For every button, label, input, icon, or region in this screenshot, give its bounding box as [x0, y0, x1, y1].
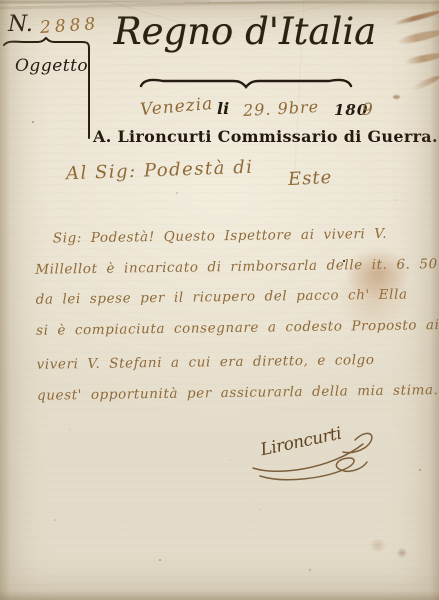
dateline-li: li	[217, 99, 229, 118]
reference-number-label: N.	[8, 12, 33, 37]
paper-crease	[0, 0, 439, 10]
paper-stain	[396, 548, 408, 558]
ink-smudge	[411, 74, 439, 92]
letter-body: Sig: Podestà! Questo Ispettore ai viveri…	[35, 225, 430, 417]
letter-page: N. 2888 Oggetto Regno d'Italia Venezia l…	[0, 0, 439, 600]
paper-crease	[0, 0, 439, 3]
dateline-year-digit: 9	[362, 100, 373, 120]
reference-number-rule	[2, 36, 94, 140]
recipient-place: Este	[287, 167, 332, 190]
dateline-place: Venezia	[139, 94, 214, 120]
ink-smudge	[397, 28, 439, 46]
ink-smudge	[404, 51, 439, 66]
oggetto-label: Oggetto	[15, 56, 88, 76]
body-line: viveri V. Stefani a cui era diretto, e c…	[36, 347, 428, 387]
paper-crease	[0, 0, 439, 3]
ink-smudge	[393, 95, 400, 99]
recipient-prefix: Al Sig: Podestà di	[66, 157, 254, 185]
sender-line: A. Lironcurti Commissario di Guerra.	[93, 127, 393, 146]
paper-crease	[0, 0, 439, 4]
paper-stain	[368, 539, 388, 552]
body-line: quest' opportunità per assicurarla della…	[37, 382, 429, 418]
title-flourish-rule	[137, 74, 355, 90]
reference-number-value: 2888	[39, 14, 100, 38]
letter-title: Regno d'Italia	[108, 10, 382, 53]
dateline-day-month: 29. 9bre	[243, 97, 320, 120]
paper-crease	[0, 0, 210, 2]
ink-smudge	[392, 8, 439, 26]
